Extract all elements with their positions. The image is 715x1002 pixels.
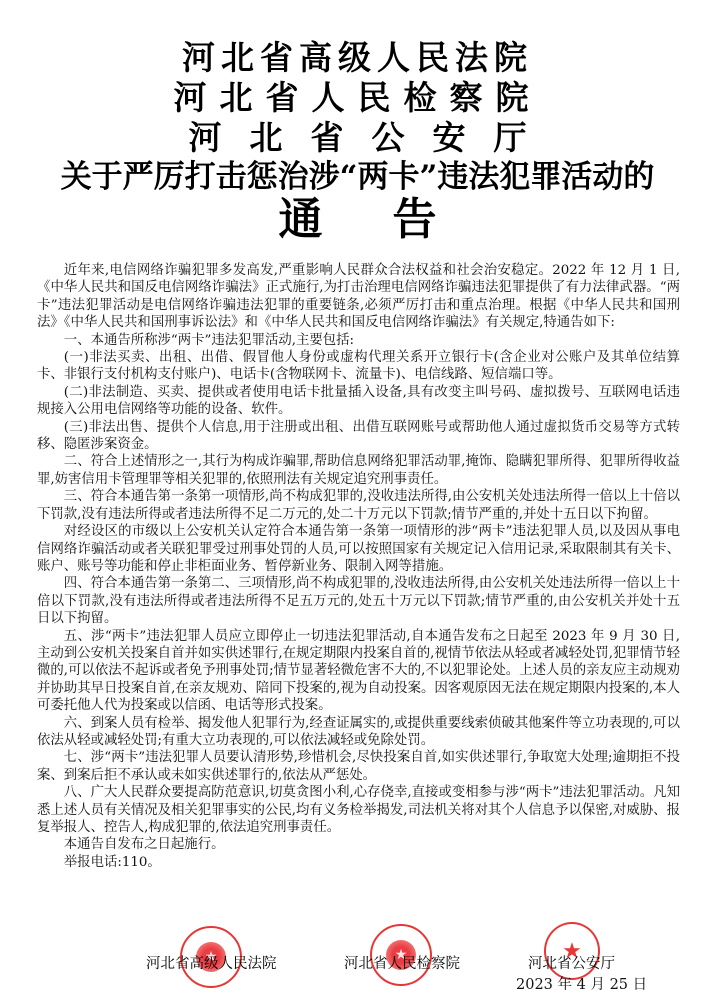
paragraph-article-3-credit: 对经设区的市级以上公安机关认定符合本通告第一条第一项情形的涉“两卡”违法犯罪人员…: [37, 523, 680, 575]
paragraph-article-4: 四、符合本通告第一条第二、三项情形,尚不构成犯罪的,没收违法所得,由公安机关处违…: [37, 575, 680, 627]
issuer-procuratorate-heading: 河北省人民检察院: [0, 78, 715, 118]
paragraph-article-1-item-2: (二)非法制造、买卖、提供或者使用电话卡批量插入设备,具有改变主叫号码、虚拟拨号…: [37, 384, 680, 419]
paragraph-hotline: 举报电话:110。: [37, 854, 680, 871]
notice-subtitle: 关于严厉打击惩治涉“两卡”违法犯罪活动的: [0, 158, 715, 196]
paragraph-intro: 近年来,电信网络诈骗犯罪多发高发,严重影响人民群众合法权益和社会治安稳定。202…: [37, 262, 680, 332]
signature-public-security: 河北省公安厅: [528, 952, 615, 973]
paragraph-article-2: 二、符合上述情形之一,其行为构成诈骗罪,帮助信息网络犯罪活动罪,掩饰、隐瞒犯罪所…: [37, 453, 680, 488]
paragraph-article-7: 七、涉“两卡”违法犯罪人员要认清形势,珍惜机会,尽快投案自首,如实供述罪行,争取…: [37, 749, 680, 784]
paragraph-article-5: 五、涉“两卡”违法犯罪人员应立即停止一切违法犯罪活动,自本通告发布之日起至 20…: [37, 628, 680, 715]
issuer-public-security-heading: 河北省公安厅: [0, 118, 715, 158]
paragraph-article-8: 八、广大人民群众要提高防范意识,切莫贪图小利,心存侥幸,直接或变相参与涉“两卡”…: [37, 784, 680, 836]
issuer-court-heading: 河北省高级人民法院: [0, 38, 715, 78]
issue-date: 2023 年 4 月 25 日: [516, 973, 647, 994]
notice-title: 通告: [0, 194, 715, 246]
paragraph-article-1-item-3: (三)非法出售、提供个人信息,用于注册或出租、出借互联网账号或帮助他人通过虚拟货…: [37, 419, 680, 454]
paragraph-article-6: 六、到案人员有检举、揭发他人犯罪行为,经查证属实的,或提供重要线索侦破其他案件等…: [37, 715, 680, 750]
signature-procuratorate: 河北省人民检察院: [344, 952, 460, 973]
paragraph-effective: 本通告自发布之日起施行。: [37, 836, 680, 853]
paragraph-article-3: 三、符合本通告第一条第一项情形,尚不构成犯罪的,没收违法所得,由公安机关处违法所…: [37, 488, 680, 523]
signature-court: 河北省高级人民法院: [146, 952, 277, 973]
notice-body: 近年来,电信网络诈骗犯罪多发高发,严重影响人民群众合法权益和社会治安稳定。202…: [37, 262, 680, 871]
paragraph-article-1: 一、本通告所称涉“两卡”违法犯罪活动,主要包括:: [37, 332, 680, 349]
paragraph-article-1-item-1: (一)非法买卖、出租、出借、假冒他人身份或虚构代理关系开立银行卡(含企业对公账户…: [37, 349, 680, 384]
